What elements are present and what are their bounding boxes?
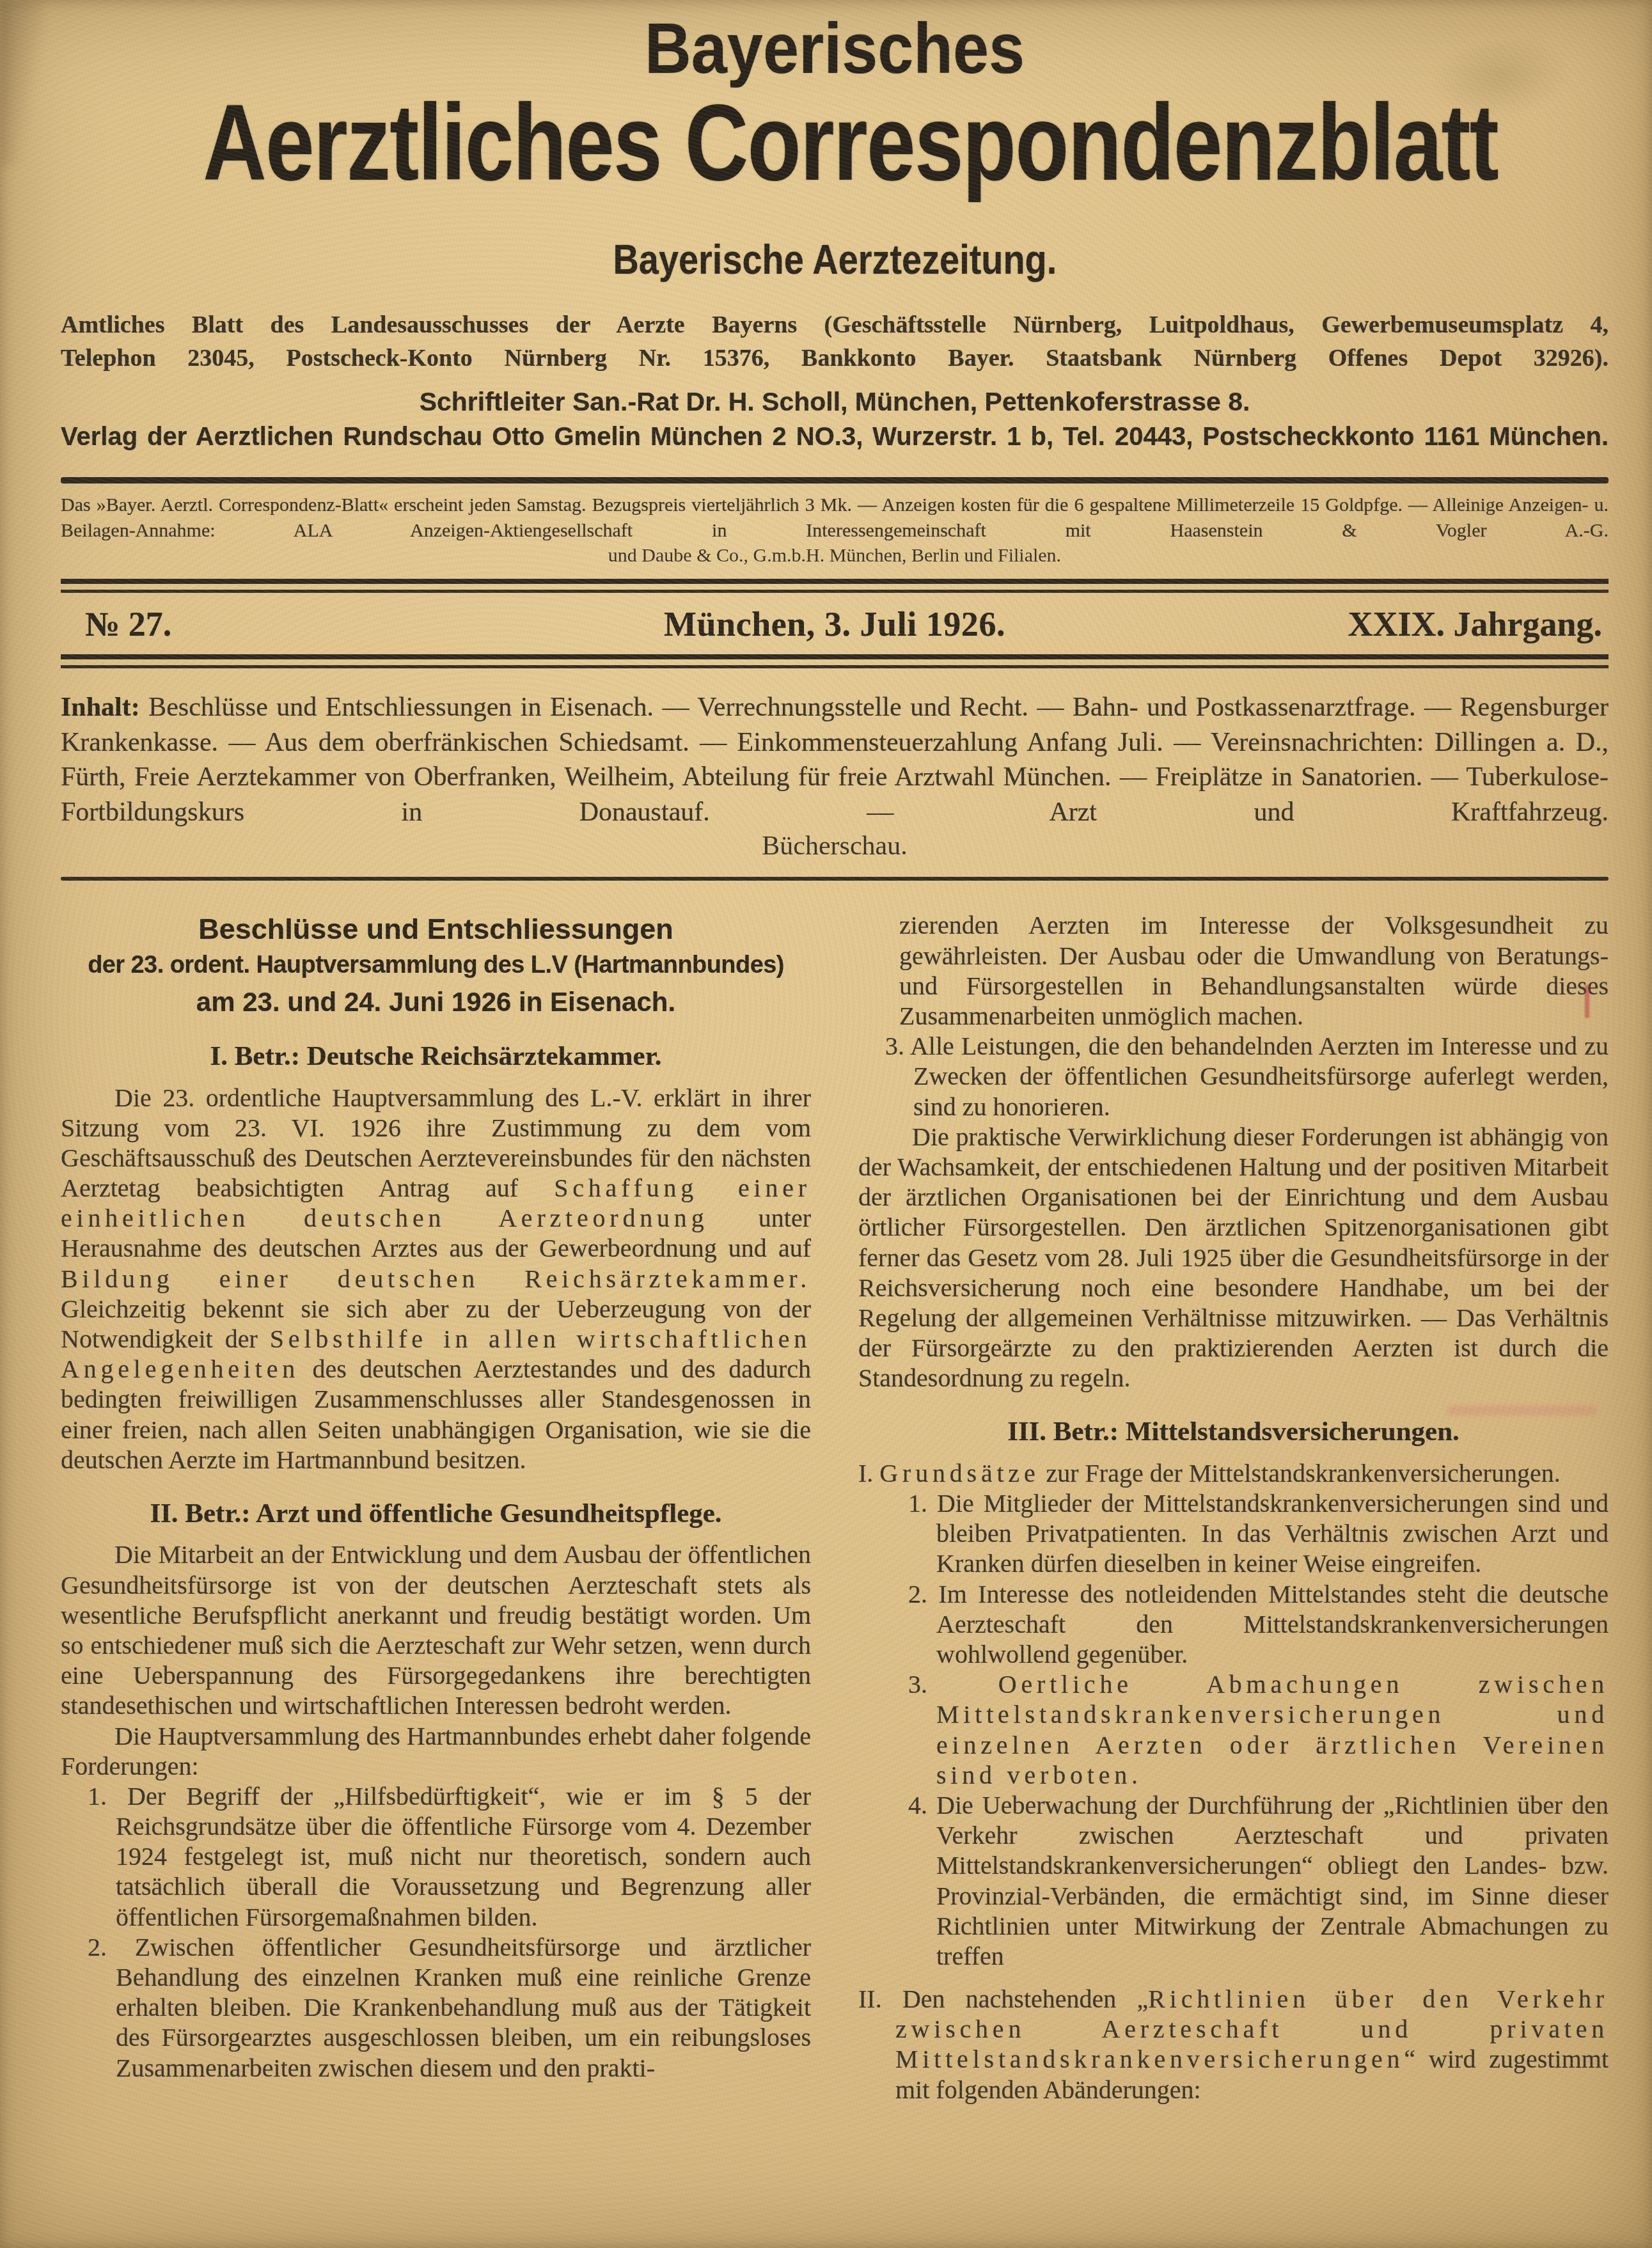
list-item: 1. Der Begriff der „Hilfsbedürftigkeit“,… xyxy=(61,1781,811,1932)
list-item-number: 4. xyxy=(908,1791,927,1820)
scan-corner-shadow xyxy=(0,0,45,166)
page-content: Bayerisches Aerztliches Correspondenzbla… xyxy=(61,0,1609,2105)
section-3-list: 1. Die Mitglieder der Mittelstandskranke… xyxy=(858,1488,1609,1971)
section-2-paragraph-1: Die Mitarbeit an der Entwicklung und dem… xyxy=(61,1539,811,1720)
list-item: 1. Die Mitglieder der Mittelstandskranke… xyxy=(881,1488,1609,1579)
masthead-kicker-row: Bayerisches xyxy=(61,13,1609,84)
article-title: Beschlüsse und Entschliessungen xyxy=(61,913,811,946)
toc-body: Beschlüsse und Entschliessungen in Eisen… xyxy=(61,693,1609,827)
list-item-text: Im Interesse des notleidenden Mittelstan… xyxy=(936,1580,1609,1669)
publisher-line: Verlag der Aerztlichen Rundschau Otto Gm… xyxy=(61,422,1609,452)
list-item-number: 3. xyxy=(885,1032,904,1060)
spaced-text-segment: Bildung einer deutschen Reichsärztekamme… xyxy=(61,1264,811,1293)
text-segment: I. xyxy=(858,1459,879,1488)
imprint-line-2: und Daube & Co., G.m.b.H. München, Berli… xyxy=(61,543,1609,569)
list-item-text: Alle Leistungen, die den behandelnden Ae… xyxy=(910,1032,1609,1120)
left-column: Beschlüsse und Entschliessungen der 23. … xyxy=(61,910,811,2104)
continuation-paragraph: zierenden Aerzten im Interesse der Volks… xyxy=(858,910,1609,1031)
masthead-title: Aerztliches Correspondenzblatt xyxy=(203,88,1498,198)
section-3-heading: III. Betr.: Mittelstandsversicherungen. xyxy=(858,1416,1609,1447)
list-item: 2. Im Interesse des notleidenden Mittels… xyxy=(881,1579,1609,1670)
list-item-text: Der Begriff der „Hilfsbedürftigkeit“, wi… xyxy=(116,1782,811,1931)
imprint-line-1: Das »Bayer. Aerztl. Correspondenz-Blatt«… xyxy=(61,492,1609,543)
final-resolution-paragraph: II. Den nachstehenden „Richtlinien über … xyxy=(858,1984,1609,2105)
editor-line: Schriftleiter San.-Rat Dr. H. Scholl, Mü… xyxy=(61,387,1609,417)
horizontal-rule-double-top xyxy=(61,579,1609,593)
toc-last-line: Bücherschau. xyxy=(61,831,1609,861)
list-item-text: Die Ueberwachung der Durchführung der „R… xyxy=(936,1791,1609,1970)
list-item-number: 1. xyxy=(908,1489,927,1518)
issue-volume: XXIX. Jahrgang. xyxy=(1333,604,1609,644)
issue-place-date: München, 3. Juli 1926. xyxy=(336,604,1333,644)
list-item-text: Die Mitglieder der Mittelstandskrankenve… xyxy=(936,1489,1609,1578)
text-segment: zur Frage der Mittelstandskrankenversich… xyxy=(1039,1459,1560,1488)
article-columns: Beschlüsse und Entschliessungen der 23. … xyxy=(61,910,1609,2104)
implementation-paragraph: Die praktische Verwirklichung dieser For… xyxy=(858,1122,1609,1394)
toc-label: Inhalt: xyxy=(61,693,140,722)
list-item-number: 2. xyxy=(908,1580,927,1608)
text-segment: II. Den nachstehenden „ xyxy=(858,1985,1148,2013)
scanned-journal-page: Bayerisches Aerztliches Correspondenzbla… xyxy=(0,0,1652,2248)
article-subtitle-1: der 23. ordent. Hauptversammlung des L.V… xyxy=(61,951,811,980)
list-item: 3. Alle Leistungen, die den behandelnden… xyxy=(858,1031,1609,1122)
article-subtitle-2: am 23. und 24. Juni 1926 in Eisenach. xyxy=(61,987,811,1018)
horizontal-rule-thick xyxy=(61,477,1609,483)
section-3-intro: I. Grundsätze zur Frage der Mittelstands… xyxy=(858,1458,1609,1488)
list-item: 3. Oertliche Abmachungen zwischen Mittel… xyxy=(881,1669,1609,1790)
horizontal-rule-double-bottom xyxy=(61,654,1609,668)
list-item-text: Zwischen öffentlicher Gesundheitsfürsorg… xyxy=(116,1933,811,2082)
masthead-kicker: Bayerisches xyxy=(645,13,1025,84)
section-2-paragraph-2: Die Hauptversammlung des Hartmannbundes … xyxy=(61,1721,811,1781)
spaced-text-segment: Grundsätze xyxy=(879,1459,1039,1488)
list-item-number: 1. xyxy=(88,1782,107,1811)
address-line-2: Telephon 23045, Postscheck-Konto Nürnber… xyxy=(61,343,1609,374)
masthead-subtitle-row: Bayerische Aerztezeitung. xyxy=(61,239,1609,280)
list-item-number: 2. xyxy=(88,1933,107,1961)
issue-row: № 27. München, 3. Juli 1926. XXIX. Jahrg… xyxy=(61,604,1609,644)
issue-number: № 27. xyxy=(61,604,336,644)
section-1-paragraph: Die 23. ordentliche Hauptversammlung des… xyxy=(61,1083,811,1475)
masthead-title-row: Aerztliches Correspondenzblatt xyxy=(61,88,1609,198)
address-line-1: Amtliches Blatt des Landesausschusses de… xyxy=(61,310,1609,341)
toc-paragraph: Inhalt: Beschlüsse und Entschliessungen … xyxy=(61,690,1609,829)
list-item-number: 3. xyxy=(908,1670,927,1699)
list-item: 4. Die Ueberwachung der Durchführung der… xyxy=(881,1790,1609,1971)
list-item: 2. Zwischen öffentlicher Gesundheitsfürs… xyxy=(61,1932,811,2083)
masthead-subtitle: Bayerische Aerztezeitung. xyxy=(613,239,1057,280)
right-column: zierenden Aerzten im Interesse der Volks… xyxy=(858,910,1609,2104)
section-1-heading: I. Betr.: Deutsche Reichsärztekammer. xyxy=(61,1041,811,1072)
list-item-text-spaced: Oertliche Abmachungen zwischen Mittelsta… xyxy=(936,1670,1609,1789)
section-2-heading: II. Betr.: Arzt und öffentliche Gesundhe… xyxy=(61,1498,811,1529)
horizontal-rule-thin xyxy=(61,877,1609,881)
